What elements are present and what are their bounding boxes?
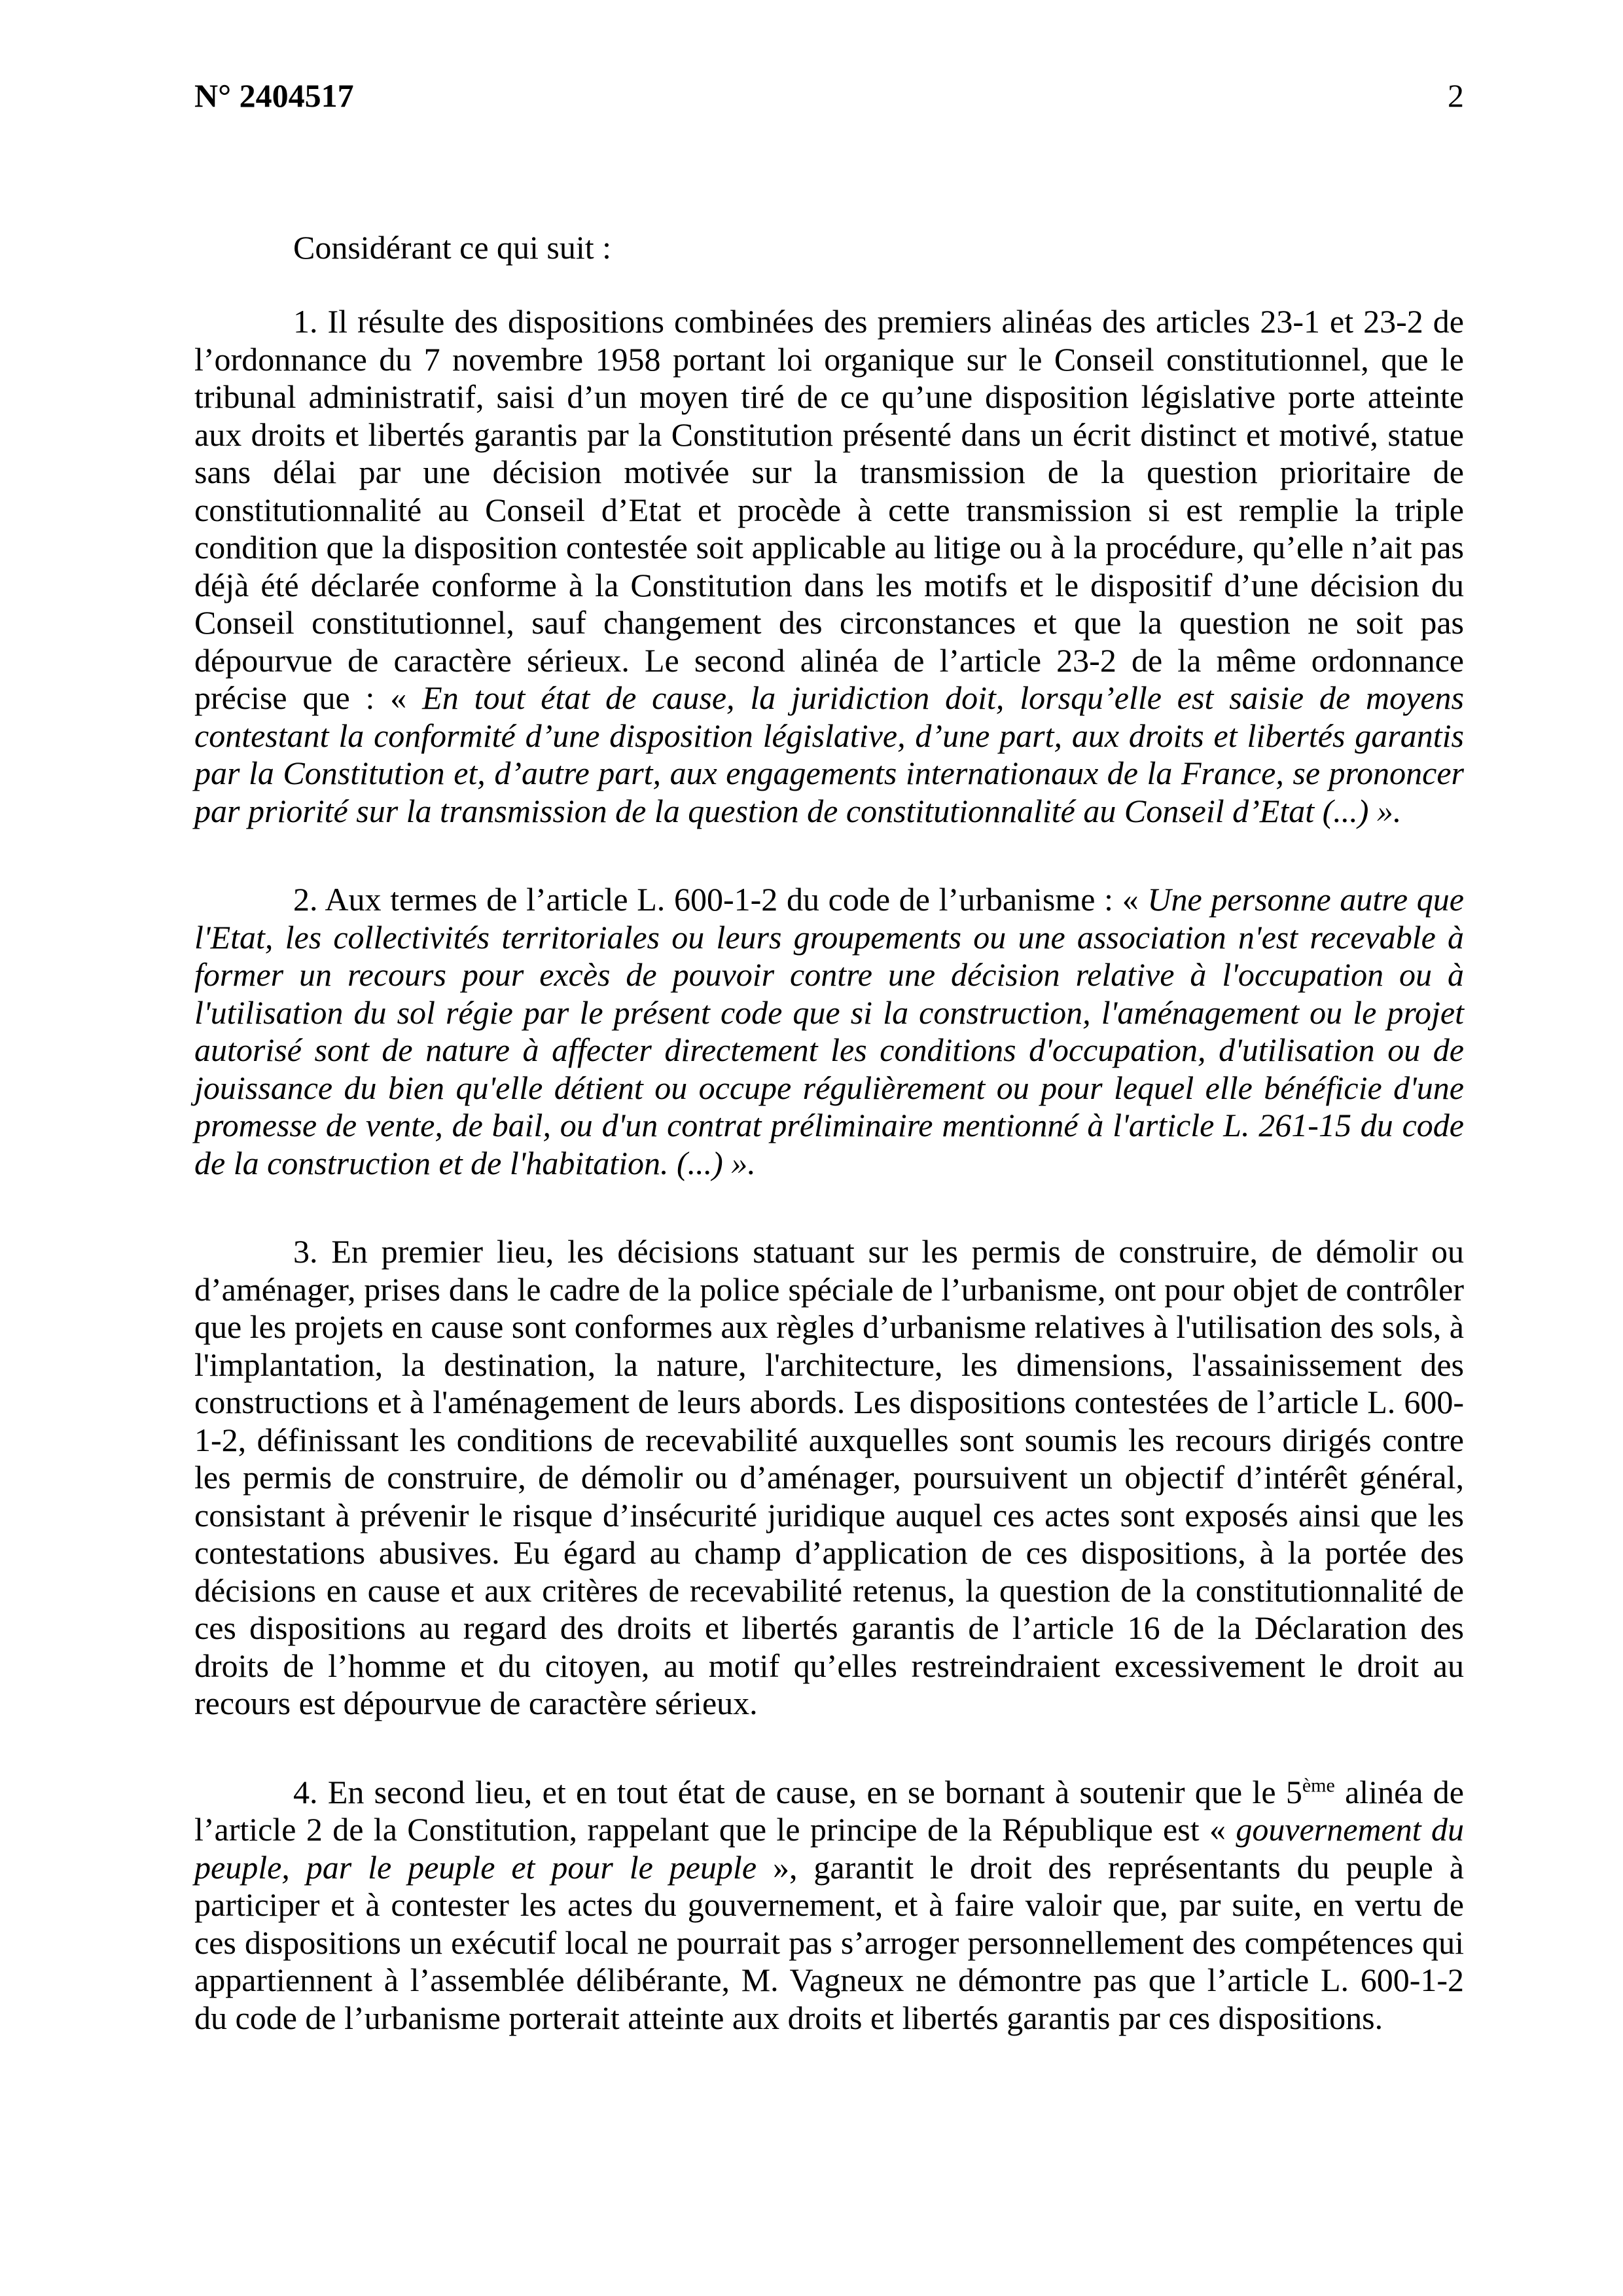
text-run-normal: 2. Aux termes de l’article L. 600-1-2 du…	[293, 881, 1147, 918]
document-page: N° 2404517 2 Considérant ce qui suit : 1…	[0, 0, 1623, 2296]
text-run-normal: 1. Il résulte des dispositions combinées…	[194, 303, 1464, 716]
paragraph-1: 1. Il résulte des dispositions combinées…	[194, 303, 1464, 830]
text-run-normal: 3. En premier lieu, les décisions statua…	[194, 1233, 1464, 1721]
text-run-normal: 4. En second lieu, et en tout état de ca…	[293, 1774, 1302, 1810]
text-run-italic: Une personne autre que l'Etat, les colle…	[194, 881, 1464, 1181]
considering-heading: Considérant ce qui suit :	[194, 229, 1464, 267]
paragraph-2: 2. Aux termes de l’article L. 600-1-2 du…	[194, 881, 1464, 1182]
document-number: N° 2404517	[194, 77, 354, 115]
paragraph-3: 3. En premier lieu, les décisions statua…	[194, 1233, 1464, 1723]
paragraph-4: 4. En second lieu, et en tout état de ca…	[194, 1774, 1464, 2037]
page-header: N° 2404517 2	[194, 77, 1464, 115]
text-run-superscript: ème	[1302, 1774, 1335, 1796]
page-number: 2	[1448, 77, 1464, 115]
